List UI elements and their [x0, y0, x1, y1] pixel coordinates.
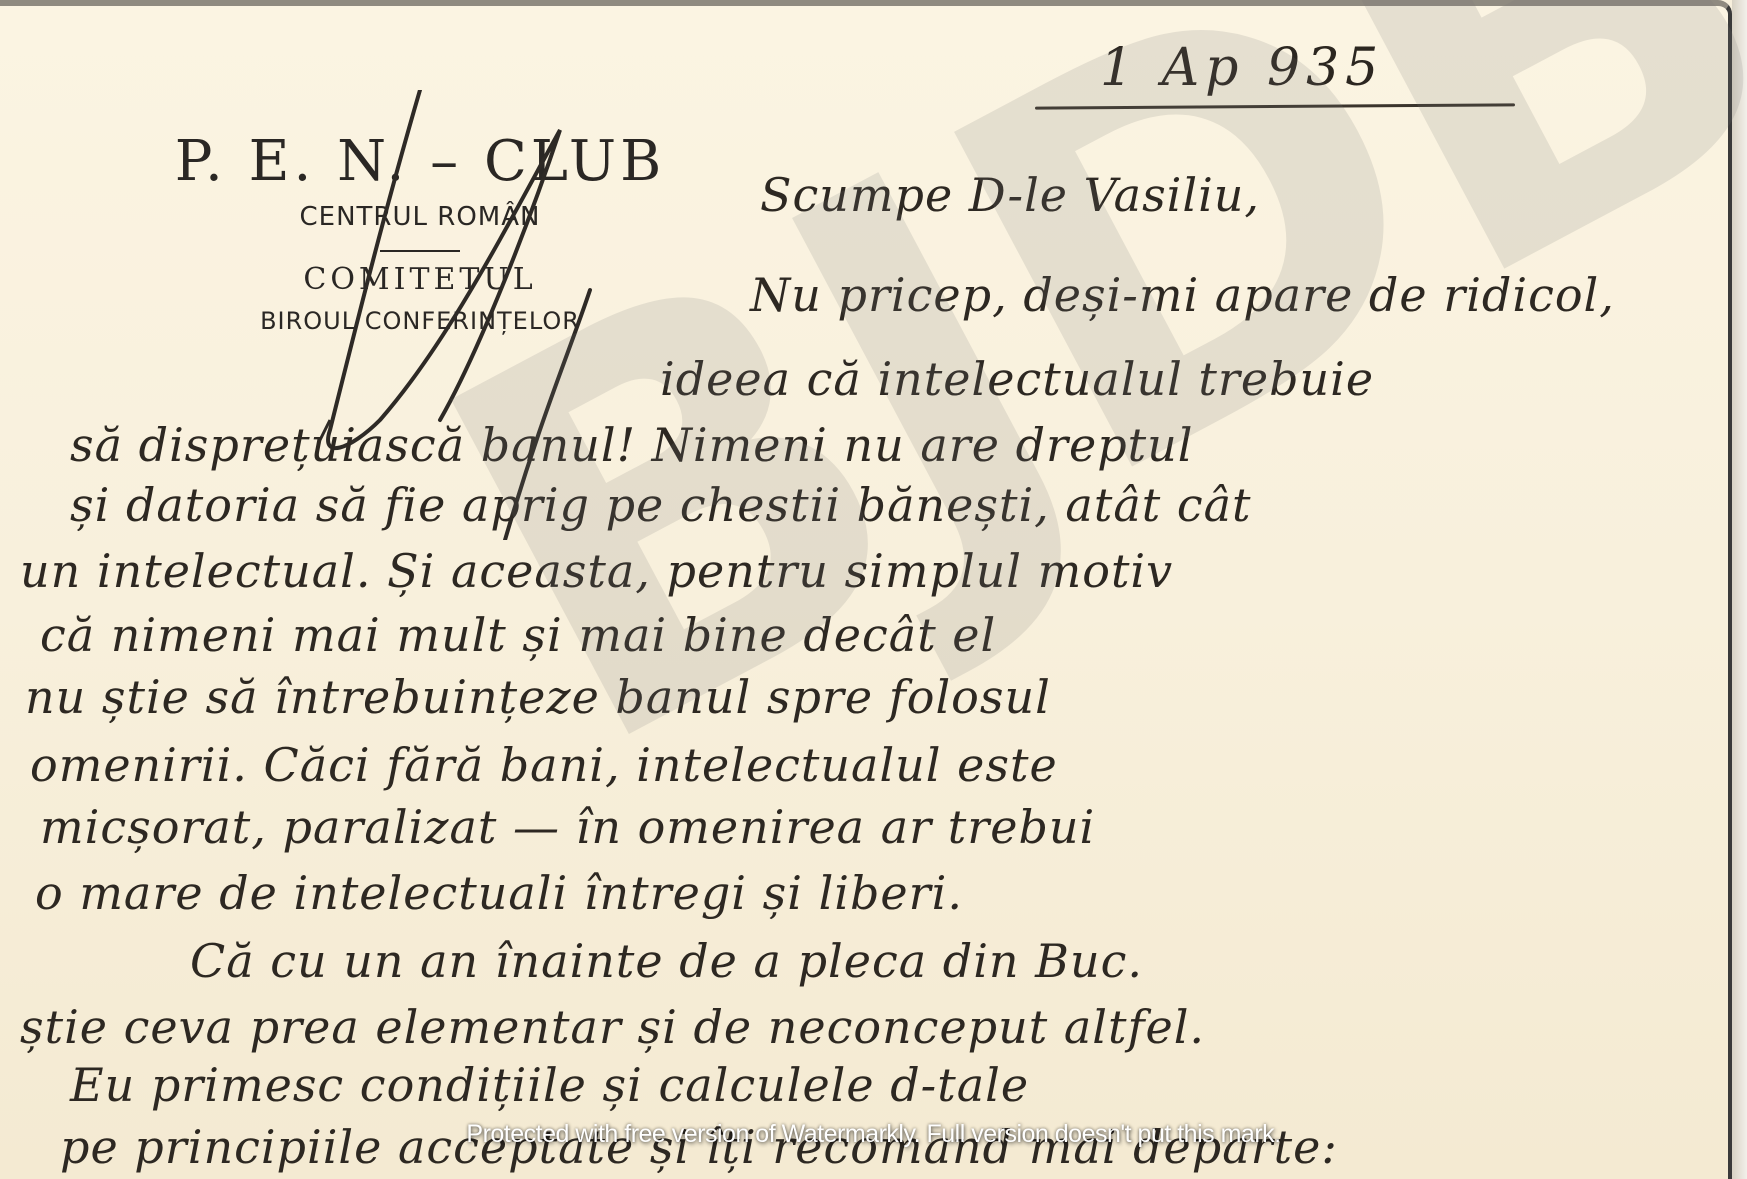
body-line: omenirii. Căci fără bani, intelectualul …: [30, 738, 1058, 792]
body-line: micșorat, paralizat — în omenirea ar tre…: [40, 800, 1095, 854]
body-line: că nimeni mai mult și mai bine decât el: [40, 608, 996, 662]
salutation: Scumpe D-le Vasiliu,: [760, 168, 1260, 222]
letter-date: 1 Ap 935: [1100, 38, 1384, 98]
body-line: nu știe să întrebuințeze banul spre folo…: [25, 670, 1051, 724]
body-line: știe ceva prea elementar și de neconcepu…: [20, 1000, 1205, 1054]
body-line: Că cu un an înainte de a pleca din Buc.: [190, 934, 1143, 988]
body-line: o mare de intelectuali întregi și liberi…: [35, 866, 963, 920]
body-line: un intelectual. Și aceasta, pentru simpl…: [20, 544, 1173, 598]
registration-number-scribble-icon: [290, 90, 610, 540]
body-line: și datoria să fie aprig pe chestii băneș…: [70, 478, 1252, 532]
paper-edge: [1732, 0, 1747, 1179]
body-line: să disprețuiască banul! Nimeni nu are dr…: [70, 418, 1194, 472]
body-line: Eu primesc condițiile și calculele d-tal…: [70, 1058, 1029, 1112]
body-line: Nu pricep, deși-mi apare de ridicol,: [750, 268, 1615, 322]
body-line: ideea că intelectualul trebuie: [660, 352, 1374, 406]
footer-watermark: Protected with free version of Watermark…: [0, 1120, 1747, 1149]
